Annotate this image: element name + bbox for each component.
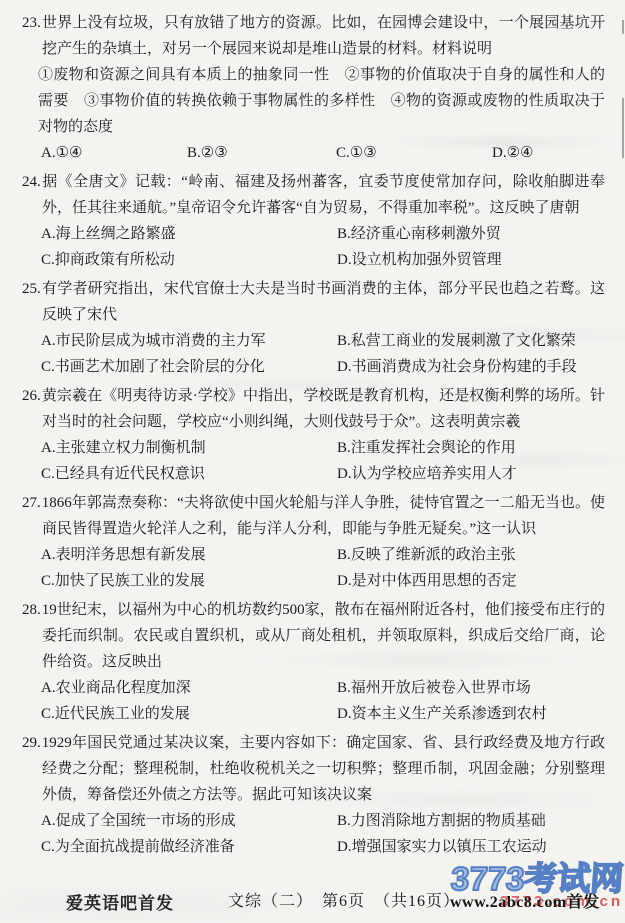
option-a: A.海上丝绸之路繁盛	[41, 221, 337, 247]
question-number: 27.	[22, 495, 41, 511]
option-c: C.抑商政策有所松动	[41, 247, 337, 273]
question-text: 1929年国民党通过某决议案，主要内容如下：确定国家、省、县行政经费及地方行政经…	[42, 735, 605, 803]
options-grid: A.促成了全国统一市场的形成 B.力图消除地方割据的物质基础 C.为全面抗战提前…	[22, 808, 605, 860]
question-28: 28.19世纪末，以福州为中心的机坊数约500家，散布在福州附近各村，他们接受布…	[22, 597, 605, 727]
options-grid: A.表明洋务思想有新发展 B.反映了维新派的政治主张 C.加快了民族工业的发展 …	[22, 542, 605, 594]
option-a: A.农业商品化程度加深	[41, 675, 337, 701]
question-substatements: ①废物和资源之间具有本质上的抽象同一性 ②事物的价值取决于自身的属性和人的需要 …	[22, 62, 605, 140]
option-c: C.①③	[336, 140, 492, 166]
question-24: 24.据《全唐文》记载：“岭南、福建及扬州蕃客，宜委节度使常加存问，除收舶脚进奉…	[22, 169, 605, 273]
question-29: 29.1929年国民党通过某决议案，主要内容如下：确定国家、省、县行政经费及地方…	[22, 730, 605, 860]
options-grid: A.市民阶层成为城市消费的主力军 B.私营工商业的发展刺激了文化繁荣 C.书画艺…	[22, 328, 605, 380]
option-b: B.反映了维新派的政治主张	[337, 542, 605, 568]
questions-list: 23.世界上没有垃圾，只有放错了地方的资源。比如，在园博会建设中，一个展园基坑开…	[22, 10, 605, 863]
option-d: D.设立机构加强外贸管理	[337, 247, 605, 273]
option-b: B.注重发挥社会舆论的作用	[337, 435, 605, 461]
option-c: C.近代民族工业的发展	[41, 701, 337, 727]
question-stem: 25.有学者研究指出，宋代官僚士大夫是当时书画消费的主体，部分平民也趋之若鹜。这…	[22, 276, 605, 328]
footer-source-right: www.2abc8.com首发	[450, 890, 600, 916]
options-row: A.①④ B.②③ C.①③ D.②④	[22, 140, 605, 166]
option-c: C.加快了民族工业的发展	[41, 568, 337, 594]
question-text: 19世纪末，以福州为中心的机坊数约500家，散布在福州附近各村，他们接受布庄行的…	[42, 602, 605, 670]
option-d: D.资本主义生产关系渗透到农村	[337, 701, 605, 727]
option-c: C.书画艺术加剧了社会阶层的分化	[41, 354, 337, 380]
options-grid: A.海上丝绸之路繁盛 B.经济重心南移刺激外贸 C.抑商政策有所松动 D.设立机…	[22, 221, 605, 273]
question-text: 有学者研究指出，宋代官僚士大夫是当时书画消费的主体，部分平民也趋之若鹜。这反映了…	[42, 281, 605, 323]
options-grid: A.农业商品化程度加深 B.福州开放后被卷入世界市场 C.近代民族工业的发展 D…	[22, 675, 605, 727]
question-number: 25.	[22, 281, 41, 297]
footer-page-number: 文综（二） 第6页 （共16页）	[228, 889, 460, 915]
question-text: 世界上没有垃圾，只有放错了地方的资源。比如，在园博会建设中，一个展园基坑开挖产生…	[42, 15, 605, 57]
option-c: C.已经具有近代民权意识	[41, 461, 337, 487]
question-text: 1866年郭嵩焘奏称：“夫将欲使中国火轮船与洋人争胜，徒恃官置之一二船无当也。使…	[42, 495, 605, 537]
option-d: D.是对中体西用思想的否定	[337, 568, 605, 594]
page-footer: 爱英语吧首发 文综（二） 第6页 （共16页） www.2abc8.com首发	[0, 863, 625, 923]
option-b: B.②③	[187, 140, 336, 166]
question-number: 29.	[22, 735, 41, 751]
option-a: A.①④	[41, 140, 187, 166]
option-b: B.福州开放后被卷入世界市场	[337, 675, 605, 701]
question-23: 23.世界上没有垃圾，只有放错了地方的资源。比如，在园博会建设中，一个展园基坑开…	[22, 10, 605, 166]
option-a: A.促成了全国统一市场的形成	[41, 808, 337, 834]
question-stem: 24.据《全唐文》记载：“岭南、福建及扬州蕃客，宜委节度使常加存问，除收舶脚进奉…	[22, 169, 605, 221]
option-d: D.认为学校应培养实用人才	[337, 461, 605, 487]
question-number: 28.	[22, 602, 41, 618]
scan-edge-mark	[622, 20, 624, 34]
question-stem: 28.19世纪末，以福州为中心的机坊数约500家，散布在福州附近各村，他们接受布…	[22, 597, 605, 675]
option-b: B.经济重心南移刺激外贸	[337, 221, 605, 247]
question-stem: 29.1929年国民党通过某决议案，主要内容如下：确定国家、省、县行政经费及地方…	[22, 730, 605, 808]
option-a: A.主张建立权力制衡机制	[41, 435, 337, 461]
option-b: B.力图消除地方割据的物质基础	[337, 808, 605, 834]
question-stem: 26.黄宗羲在《明夷待访录·学校》中指出，学校既是教育机构，还是权衡利弊的场所。…	[22, 383, 605, 435]
question-text: 黄宗羲在《明夷待访录·学校》中指出，学校既是教育机构，还是权衡利弊的场所。针对当…	[42, 388, 605, 430]
question-number: 24.	[22, 174, 41, 190]
exam-paper-page: 23.世界上没有垃圾，只有放错了地方的资源。比如，在园博会建设中，一个展园基坑开…	[0, 0, 625, 923]
question-stem: 27.1866年郭嵩焘奏称：“夫将欲使中国火轮船与洋人争胜，徒恃官置之一二船无当…	[22, 490, 605, 542]
option-d: D.增强国家实力以镇压工农运动	[337, 834, 605, 860]
question-number: 23.	[22, 15, 41, 31]
option-a: A.市民阶层成为城市消费的主力军	[41, 328, 337, 354]
option-d: D.②④	[492, 140, 605, 166]
question-number: 26.	[22, 388, 41, 404]
question-stem: 23.世界上没有垃圾，只有放错了地方的资源。比如，在园博会建设中，一个展园基坑开…	[22, 10, 605, 62]
option-a: A.表明洋务思想有新发展	[41, 542, 337, 568]
question-25: 25.有学者研究指出，宋代官僚士大夫是当时书画消费的主体，部分平民也趋之若鹜。这…	[22, 276, 605, 380]
options-grid: A.主张建立权力制衡机制 B.注重发挥社会舆论的作用 C.已经具有近代民权意识 …	[22, 435, 605, 487]
option-d: D.书画消费成为社会身份构建的手段	[337, 354, 605, 380]
question-27: 27.1866年郭嵩焘奏称：“夫将欲使中国火轮船与洋人争胜，徒恃官置之一二船无当…	[22, 490, 605, 594]
question-26: 26.黄宗羲在《明夷待访录·学校》中指出，学校既是教育机构，还是权衡利弊的场所。…	[22, 383, 605, 487]
option-b: B.私营工商业的发展刺激了文化繁荣	[337, 328, 605, 354]
footer-source-left: 爱英语吧首发	[66, 891, 174, 917]
option-c: C.为全面抗战提前做经济准备	[41, 834, 337, 860]
scan-edge-mark	[622, 98, 624, 158]
question-text: 据《全唐文》记载：“岭南、福建及扬州蕃客，宜委节度使常加存问，除收舶脚进奉外，任…	[42, 174, 605, 216]
